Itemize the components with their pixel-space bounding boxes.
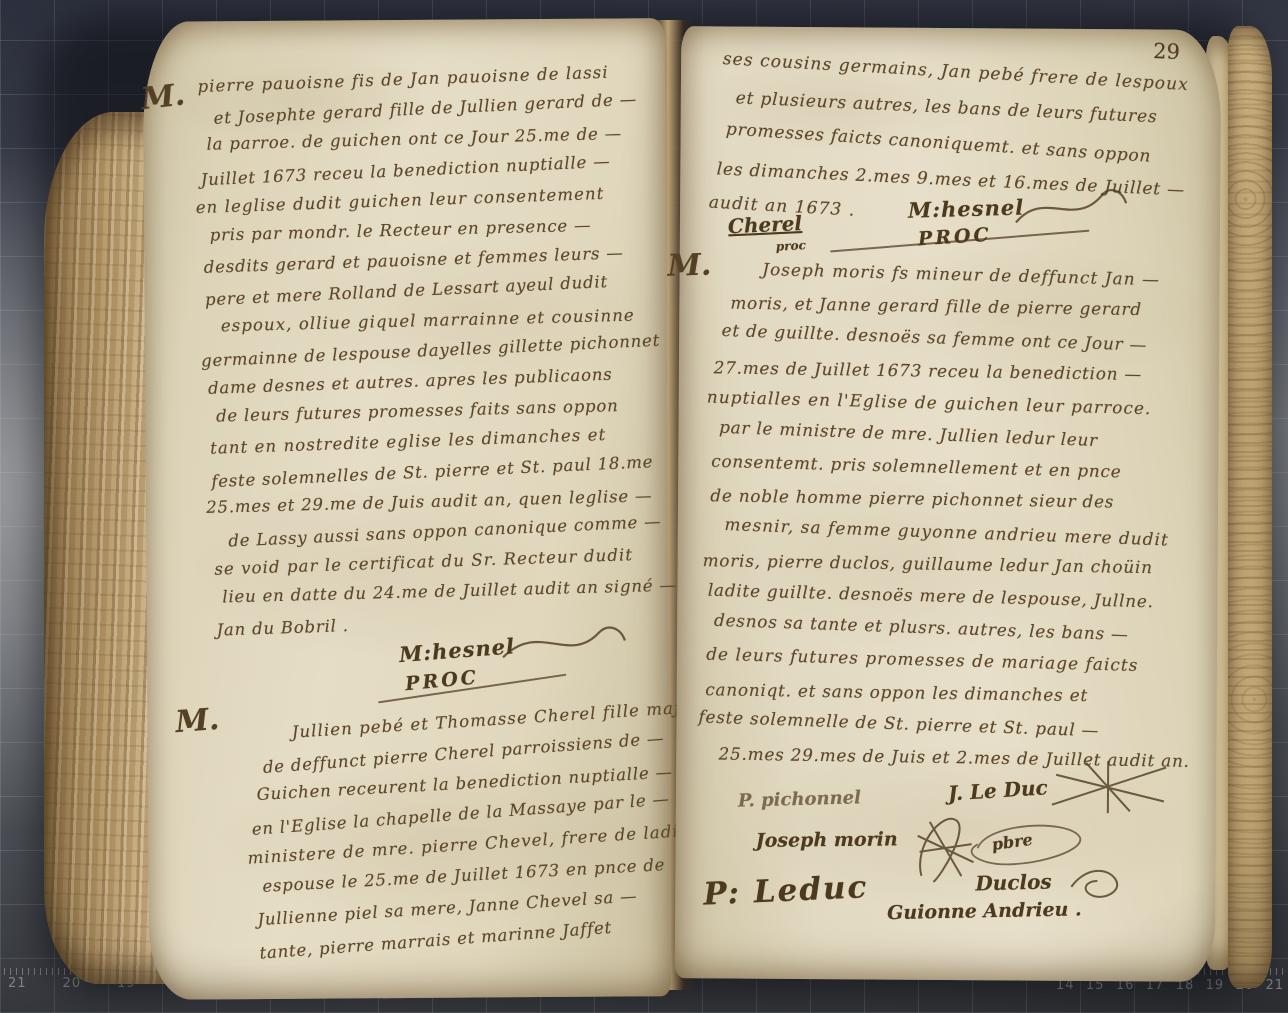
right-page: 29 ses cousins germains, Jan pebé frere … — [675, 26, 1222, 982]
marriage-entry-moris-gerard: Joseph moris fs mineur de deffunct Jan —… — [703, 252, 1203, 780]
signature-p-leduc: P: Leduc — [703, 869, 870, 912]
signature-proc-left: PROC — [404, 666, 479, 695]
signature-paraph — [911, 806, 982, 886]
signature-paraph — [1067, 863, 1127, 903]
marriage-entry-pauoisne-gerard: pierre pauoisne fis de Jan pauoisne de l… — [197, 56, 678, 646]
signature-pbre: pbre — [991, 830, 1034, 854]
signature-cherel-sub: proc — [775, 238, 806, 253]
manuscript-photo: 212019 1415161718192021 M. pierre pauois… — [0, 0, 1288, 1013]
signature-hesnel-right: M:hesnel — [908, 195, 1025, 223]
page-number: 29 — [1153, 39, 1181, 64]
book-cover-edge — [1228, 26, 1272, 988]
ruler-number: 21 — [1265, 978, 1284, 993]
margin-mark-m: M. — [139, 77, 186, 117]
left-page: M. pierre pauoisne fis de Jan pauoisne d… — [143, 18, 672, 1000]
margin-mark-m: M. — [174, 702, 220, 740]
signature-proc-right: PROC — [917, 224, 992, 251]
handwritten-line: 25.mes 29.mes de Juis et 2.mes de Juille… — [718, 737, 1190, 777]
signature-cherel: Cherel — [727, 211, 802, 238]
signature-j-le-duc: J. Le Duc — [947, 775, 1048, 805]
signature-pichonnel: P. pichonnel — [738, 787, 862, 811]
ruler-number: 21 — [8, 976, 27, 991]
signature-duclos: Duclos — [975, 869, 1052, 895]
margin-mark-m: M. — [667, 248, 712, 284]
marriage-entry-pebe-cherel: Jullien pebé et Thomasse Cherel fille ma… — [245, 691, 737, 967]
signature-guionne-andrieu: Guionne Andrieu . — [887, 898, 1082, 924]
signature-joseph-morin: Joseph morin — [756, 828, 898, 851]
